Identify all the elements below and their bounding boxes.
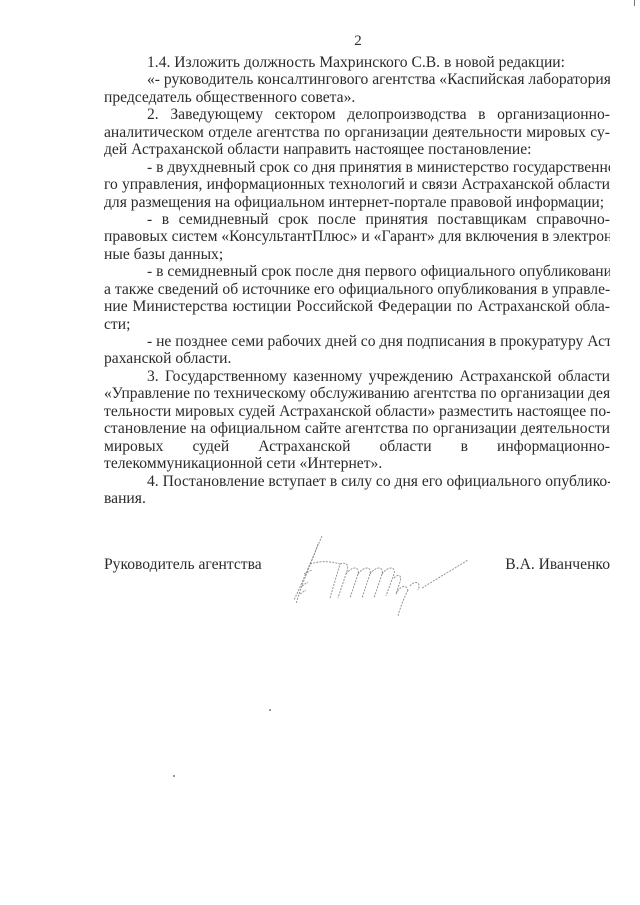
- text-line: для размещения на официальном интернет-п…: [104, 194, 610, 211]
- paragraph-p2-d: - не позднее семи рабочих дней со дня по…: [104, 333, 610, 368]
- paragraph-p2-b: - в семидневный срок после принятия пост…: [104, 211, 610, 263]
- text-line: дей Астраханской области направить насто…: [104, 141, 610, 158]
- text-line: 2. Заведующему сектором делопроизводства…: [104, 106, 610, 123]
- text-line: - не позднее семи рабочих дней со дня по…: [104, 333, 610, 350]
- text-line: сти;: [104, 316, 610, 333]
- text-line: вания.: [104, 490, 610, 507]
- document-body: 1.4. Изложить должность Махринского С.В.…: [104, 54, 610, 507]
- corner-mark: [634, 0, 638, 6]
- text-line: го управления, информационных технологий…: [104, 176, 610, 193]
- paragraph-p2-c: - в семидневный срок после дня первого о…: [104, 263, 610, 333]
- text-line: тельности мировых судей Астраханской обл…: [104, 403, 610, 420]
- text-line: мировых судей Астраханской области в инф…: [104, 438, 610, 455]
- text-line: 1.4. Изложить должность Махринского С.В.…: [104, 54, 610, 71]
- text-line: телекоммуникационной сети «Интернет».: [104, 455, 610, 472]
- text-line: ние Министерства юстиции Российской Феде…: [104, 298, 610, 315]
- text-line: ные базы данных;: [104, 246, 610, 263]
- text-line: аналитическом отделе агентства по органи…: [104, 124, 610, 141]
- text-line: а также сведений об источнике его официа…: [104, 281, 610, 298]
- paragraph-p4: 4. Постановление вступает в силу со дня …: [104, 473, 610, 508]
- text-line: «Управление по техническому обслуживанию…: [104, 385, 610, 402]
- handwritten-signature-icon: [282, 534, 472, 618]
- text-line: - в двухдневный срок со дня принятия в м…: [104, 159, 610, 176]
- text-line: «- руководитель консалтингового агентств…: [104, 71, 610, 88]
- paragraph-p2: 2. Заведующему сектором делопроизводства…: [104, 106, 610, 158]
- signature-block: Руководитель агентства В.А. Иванченко: [104, 548, 610, 618]
- text-line: правовых систем «КонсультантПлюс» и «Гар…: [104, 228, 610, 245]
- text-line: - в семидневный срок после принятия пост…: [104, 211, 610, 228]
- scan-speck: [269, 709, 271, 711]
- paragraph-p2-a: - в двухдневный срок со дня принятия в м…: [104, 159, 610, 211]
- text-line: - в семидневный срок после дня первого о…: [104, 263, 610, 280]
- paragraph-p1-4: 1.4. Изложить должность Махринского С.В.…: [104, 54, 610, 71]
- text-line: становление на официальном сайте агентст…: [104, 420, 610, 437]
- signatory-title: Руководитель агентства: [104, 556, 262, 574]
- paragraph-p1-4-quote: «- руководитель консалтингового агентств…: [104, 71, 610, 106]
- paragraph-p3: 3. Государственному казенному учреждению…: [104, 368, 610, 473]
- signatory-name: В.А. Иванченко: [505, 556, 610, 574]
- text-line: 3. Государственному казенному учреждению…: [104, 368, 610, 385]
- scan-speck: [173, 775, 175, 777]
- text-line: раханской области.: [104, 350, 610, 367]
- page-number: 2: [0, 33, 640, 50]
- text-line: председатель общественного совета».: [104, 89, 610, 106]
- text-line: 4. Постановление вступает в силу со дня …: [104, 473, 610, 490]
